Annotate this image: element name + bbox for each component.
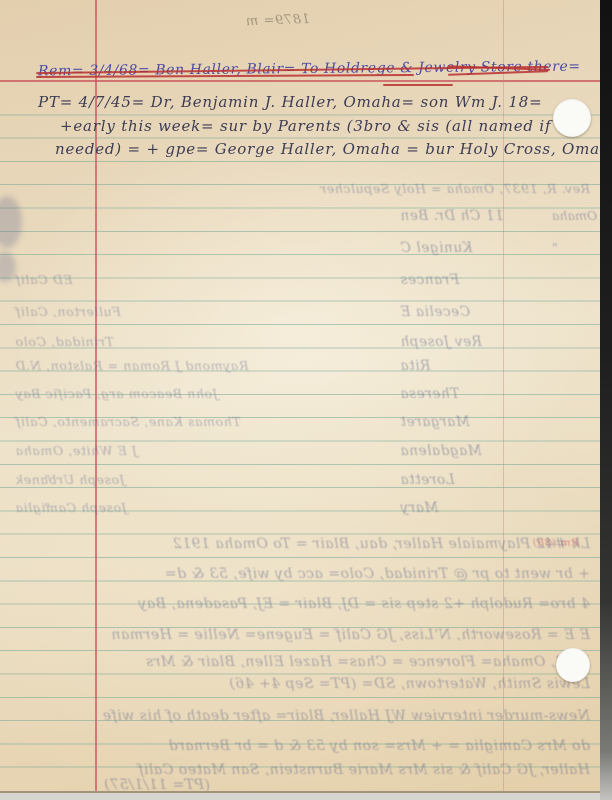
pencil-note-bleed: 1879= m [195, 12, 310, 31]
punch-hole-bottom [556, 648, 590, 682]
bleed-bottom-line: 4 bro= Rudolph +2 step sis = DJ, Blair =… [25, 596, 590, 612]
bleed-name: 11 Ch Dr. Ben [400, 208, 555, 224]
punch-hole-top [553, 99, 591, 137]
bleed-list-row: 11 Ch Dr. Ben Omaha [0, 208, 600, 234]
bleed-bottom-line: do Mrs Camiglia = + Mrs= son by 53 & d =… [25, 738, 590, 754]
bleed-bottom-line: Engl, Omaha= Florence = Chas= Hazel Elle… [25, 654, 590, 670]
bleed-name: Loretta [400, 472, 555, 488]
bleed-place: Joseph Camiglia [15, 500, 400, 515]
bleed-place: Joseph Urbanek [15, 472, 400, 487]
paper-sheet: 1879= m Rem= 3/4/68= Ben Haller, Blair= … [0, 0, 600, 793]
bleed-place: John Beacom arg, Pacific Bay [15, 386, 400, 401]
entry-line-2: +early this week= sur by Parents (3bro &… [60, 117, 551, 135]
bleed-place: ED Calif [15, 272, 400, 287]
bleed-list-row: Frances ED Calif [0, 272, 600, 298]
bleed-place: Trinidad, Colo [15, 334, 400, 349]
bleed-name: Mary [400, 500, 555, 516]
scanned-page: 1879= m Rem= 3/4/68= Ben Haller, Blair= … [0, 0, 612, 800]
bleed-place: Thomas Kane, Sacramento, Calif [15, 414, 400, 429]
entry-line-3: needed) = + gpe= George Haller, Omaha = … [55, 140, 612, 158]
bleed-list-row: Mary Joseph Camiglia " [0, 500, 600, 526]
bleed-name: Theresa [400, 386, 555, 402]
bleed-ditto-mark: " [20, 500, 50, 515]
bleed-place: Fullerton, Calif [15, 304, 400, 319]
bleed-list-row: Cecelia E Fullerton, Calif [0, 304, 600, 330]
bleed-name: Margaret [400, 414, 555, 430]
bleed-bottom-line: E E = Roseworth, N'Liss, JG Calif = Euge… [25, 627, 590, 643]
bleed-bottom-line: + br went to pr @ Trinidad, Colo= acc by… [25, 566, 590, 582]
bleed-list-row: Kunigel C " [0, 240, 600, 266]
red-underline-mark [383, 84, 453, 86]
bleed-place: Raymond J Roman = Ralston, N.D [15, 358, 400, 373]
bleed-name: Kunigel C [400, 240, 555, 256]
bleed-name: Rita [400, 358, 555, 374]
bleed-list-row: Theresa John Beacom arg, Pacific Bay [0, 386, 600, 412]
bleed-name: Cecelia E [400, 304, 555, 320]
scanner-edge-right [600, 0, 612, 800]
bleed-bottom-line: News-murder interview WJ Haller, Blair= … [25, 708, 590, 724]
bleed-name: Rev Joseph [400, 334, 555, 350]
scanner-edge-bottom [0, 793, 600, 800]
bleed-name: Frances [400, 272, 555, 288]
bleed-name: Magdalena [400, 443, 555, 459]
bleed-list-row: Rita Raymond J Roman = Ralston, N.D [0, 358, 600, 384]
bleed-section-header: Rev. R, 1937, Omaha = Holy Sepulcher [60, 181, 590, 196]
bleed-ditto-mark: " [552, 240, 598, 255]
bleed-far-word: Omaha [552, 208, 598, 223]
bleed-place: J E White, Omaha [15, 443, 400, 458]
bleed-bottom-line: Lewis Smith, Watertown, SD= (PT= Sep 4+ … [25, 676, 590, 692]
bleed-list-row: Loretta Joseph Urbanek " [0, 472, 600, 498]
bleed-list-row: Rev Joseph Trinidad, Colo [0, 334, 600, 360]
bleed-ditto-mark: " [20, 472, 50, 487]
bleed-list-row: Margaret Thomas Kane, Sacramento, Calif [0, 414, 600, 440]
entry-line-1: PT= 4/7/45= Dr, Benjamin J. Haller, Omah… [38, 93, 543, 111]
red-head-rule [0, 80, 600, 82]
bleed-list-row: Magdalena J E White, Omaha [0, 443, 600, 469]
bleed-bottom-line: (PT= 11/1/57) [80, 777, 210, 793]
bleed-bottom-line: Lk #42 Playmaiale Haller, dau, Blair = T… [25, 536, 590, 552]
bleed-bottom-line: Haller, JG Calif & sis Mrs Marie Burnste… [25, 762, 590, 778]
